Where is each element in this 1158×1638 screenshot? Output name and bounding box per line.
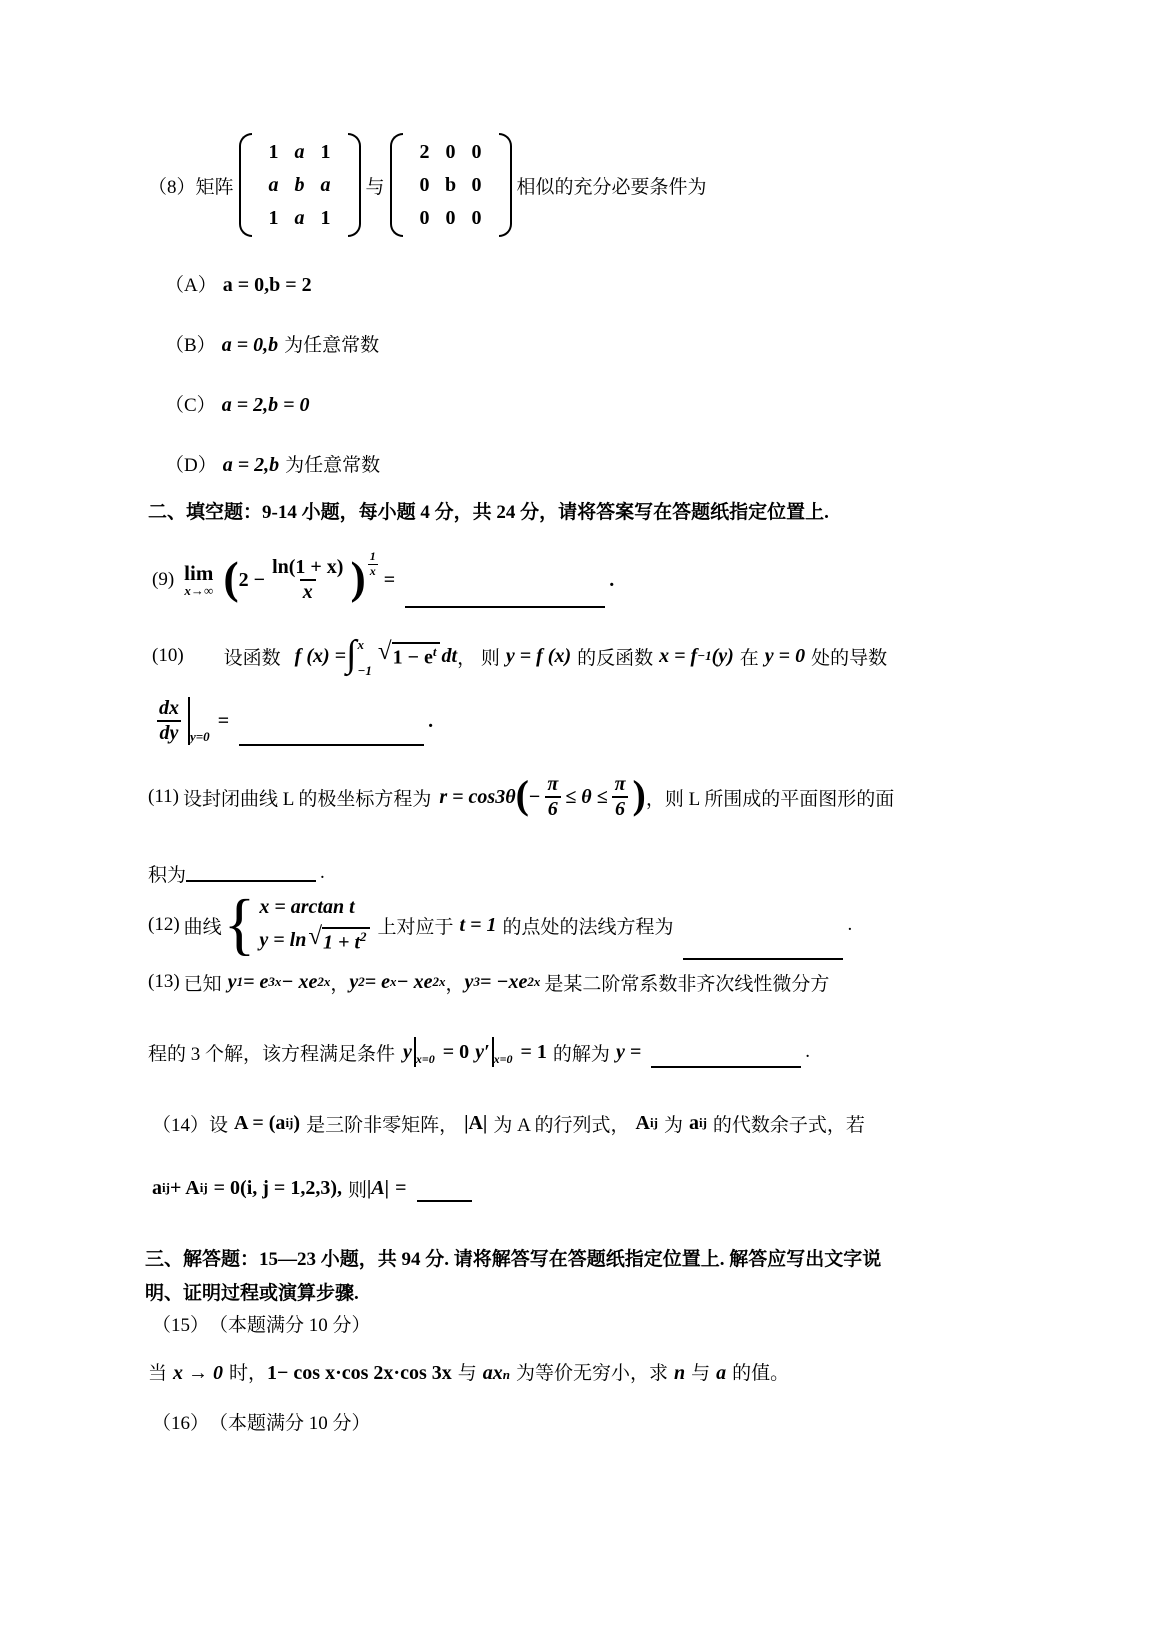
y3-expression: = −xe [480,971,527,994]
q9-fraction-denominator: x [300,579,316,604]
q15-n-symbol: n [674,1362,685,1385]
parametric-y-equation: y = ln √ 1 + t2 [259,927,371,955]
question-11: (11) 设封闭曲线 L 的极坐标方程为 r = cos3θ ( − π 6 ≤… [148,768,894,826]
option-c: （C） a = 2,b = 0 [165,390,315,417]
option-c-label: （C） [165,390,216,417]
q15-a-symbol: a [716,1362,726,1385]
six-denominator: 6 [612,796,628,821]
matrix-cell: 2 [420,142,430,162]
matrix-paren-right [499,133,512,237]
q13-condition-2: y′ [475,1041,490,1064]
matrix-cell: 0 [472,175,482,195]
q14-mid3: 为 [664,1110,683,1137]
q15-expression: 1− cos x·cos 2x·cos 3x [267,1362,452,1385]
q14-matrix-def: A = (a [234,1112,285,1135]
q10-inverse-argument: (y) [712,645,734,668]
q14-determinant-2: |A| [367,1177,389,1200]
radicand-base: 1 − e [393,647,433,669]
pi-numerator: π [544,773,561,796]
radicand: 1 + t2 [322,927,369,955]
radicand-exponent: 2 [360,929,367,944]
question-11-lead: 设封闭曲线 L 的极坐标方程为 [183,784,431,811]
question-13-tail: 是某二阶常系数非齐次线性微分方 [544,969,829,996]
q14-determinant: |A| [464,1112,487,1135]
question-13-answer-line: 程的 3 个解，该方程满足条件 y x=0 = 0 y′ x=0 = 1 的解为… [148,1032,810,1072]
q10-mid1: ， 则 [457,643,500,670]
matrix-2: 2 0 0 0 b 0 0 0 0 [390,133,512,237]
q15-text-5: 与 [691,1358,710,1385]
q9-exponent-numerator: 1 [370,550,376,563]
q15-limit: x → 0 [173,1362,223,1385]
q14-mid2: 为 A 的行列式， [493,1110,629,1137]
question-10: (10) 设函数 f (x) = ∫ x −1 √ 1 − et dt ， 则 … [152,630,893,682]
option-b-text: 为任意常数 [284,330,379,357]
answer-blank [405,604,605,608]
question-12-lead: 曲线 [184,912,222,939]
matrix-cell: 0 [446,208,456,228]
question-10-answer-line: dx dy y=0 = . [152,692,433,750]
question-12-mid: 上对应于 [378,912,454,939]
answer-blank [186,878,316,882]
y3-exponent: 2x [527,974,540,990]
radicand-exponent: t [433,644,437,659]
question-14-lead: 设 [209,1110,228,1137]
matrix-2-cells: 2 0 0 0 b 0 0 0 0 [403,133,499,237]
paren-open: ( [223,555,238,601]
question-15-header: （15） （本题满分 10 分） [152,1310,371,1337]
evaluation-bar: y=0 [188,697,210,745]
y1-second-exponent: 2x [317,974,330,990]
evaluation-subscript: x=0 [494,1052,513,1067]
question-8-lead: 矩阵 [196,172,234,199]
question-8: （8） 矩阵 1 a 1 a b a 1 a 1 与 2 0 0 [148,133,707,237]
matrix-cell: 1 [269,208,279,228]
q14-entry-symbol: a [689,1112,699,1135]
option-c-math: a = 2,b = 0 [222,394,310,417]
option-a-math: a = 0,b = 2 [223,274,312,297]
option-b-math: a = 0,b [222,334,278,357]
pi-over-6-right: π 6 [612,773,629,821]
evaluation-bar: x=0 [492,1037,513,1067]
q9-two-minus: 2 − [239,569,265,592]
equals-sign: = [384,569,395,592]
q9-fraction-numerator: ln(1 + x) [269,556,346,579]
q14-matrix-close: ) [293,1112,300,1135]
matrix-cell: a [295,208,305,228]
section-3-title-line1: 三、解答题：15—23 小题，共 94 分. 请将解答写在答题纸指定位置上. 解… [145,1243,881,1277]
question-10-lead: 设函数 [224,643,281,670]
question-16-score: （本题满分 10 分） [209,1408,371,1435]
answer-blank [651,1064,801,1068]
question-16-number: （16） [152,1408,209,1435]
question-14-answer-line: aij + Aij = 0(i, j = 1,2,3), 则 |A| = [152,1170,476,1206]
y2-second-term: − xe [397,971,433,994]
answer-blank [417,1198,472,1202]
question-15-score: （本题满分 10 分） [209,1310,371,1337]
y2-second-exponent: 2x [433,974,446,990]
question-11-tail: ，则 L 所围成的平面图形的面 [646,784,894,811]
question-14-number: （14） [152,1110,209,1137]
integral-sign: ∫ [346,635,356,673]
evaluation-bar: x=0 [414,1037,435,1067]
option-d-math: a = 2,b [223,454,279,477]
question-13-lead: 已知 [184,969,222,996]
q15-text-2: 时， [229,1358,267,1385]
y1-expression: = e [243,971,268,994]
integral-limits: x −1 [357,637,371,679]
question-10-number: (10) [152,645,184,667]
limit-word: lim [184,563,213,584]
q13-solution-symbol: y = [616,1041,641,1064]
option-d-label: （D） [165,450,217,477]
matrix-cell: 0 [472,208,482,228]
period: . [320,862,325,884]
q15-text-4: 为等价无穷小，求 [516,1358,668,1385]
answer-blank [239,742,424,746]
q14-entry-subscript: ij [699,1115,707,1131]
section-2-header: 二、填空题：9-14 小题，每小题 4 分，共 24 分，请将答案写在答题纸指定… [148,497,829,524]
matrix-cell: 0 [420,208,430,228]
dy-denominator: dy [157,720,182,745]
matrix-1-cells: 1 a 1 a b a 1 a 1 [252,133,348,237]
answer-blank [683,956,843,960]
q10-mid3: 在 [740,643,759,670]
matrix-cell: 1 [269,142,279,162]
question-15-number: （15） [152,1310,209,1337]
matrix-paren-left [239,133,252,237]
question-8-number: （8） [148,172,196,199]
matrix-cell: 0 [472,142,482,162]
radical-sign: √ [378,639,392,664]
q14-equation-plus: + A [170,1177,200,1200]
section-3-title-line2: 明、证明过程或演算步骤. [145,1277,881,1311]
minus-sign: − [529,786,540,809]
q15-ax-exponent: n [503,1367,510,1383]
integral-upper-limit: x [357,637,371,653]
q10-mid2: 的反函数 [577,643,653,670]
exam-page: （8） 矩阵 1 a 1 a b a 1 a 1 与 2 0 0 [0,0,1158,1638]
evaluation-subscript: x=0 [416,1052,435,1067]
option-a: （A） a = 0,b = 2 [165,270,318,297]
question-8-tail: 相似的充分必要条件为 [517,172,707,199]
question-8-conjunction: 与 [366,172,385,199]
radicand-base: 1 + t [323,931,360,953]
q10-y-zero: y = 0 [765,645,805,668]
q15-text-3: 与 [458,1358,477,1385]
question-11-answer-line: 积为 . [148,860,325,886]
question-11-number: (11) [148,786,179,808]
q14-equation-rhs: = 0(i, j = 1,2,3), [214,1177,342,1200]
q12-t-equals-1: t = 1 [460,914,497,937]
q10-inverse: x = f [659,645,697,668]
matrix-cell: 1 [321,142,331,162]
y2-expression: = e [365,971,390,994]
period: . [847,914,852,936]
matrix-cell: 0 [446,142,456,162]
q10-tail: 处的导数 [811,643,887,670]
option-a-label: （A） [165,270,217,297]
q13-line2-lead: 程的 3 个解，该方程满足条件 [148,1039,395,1066]
q11-polar-equation: r = cos3θ [439,786,515,809]
question-13-number: (13) [148,971,180,993]
pi-over-6-left: π 6 [544,773,561,821]
limit-subscript: x→∞ [184,584,213,597]
q14-cofactor-subscript: ij [650,1115,658,1131]
y1-symbol: y [228,971,237,994]
y1-exponent: 3x [268,974,281,990]
y1-second-term: − xe [281,971,317,994]
comma: ， [330,969,349,996]
square-root: √ 1 − et [378,642,440,670]
question-12-tail: 的点处的法线方程为 [502,912,673,939]
q13-line2-mid: 的解为 [553,1039,610,1066]
q14-equation-a: a [152,1177,162,1200]
matrix-cell: a [321,175,331,195]
q11-area-label: 积为 [148,860,186,887]
q14-then: 则 [348,1175,367,1202]
q10-inverse-exponent: −1 [697,648,711,664]
q13-condition-2-value: = 1 [521,1041,547,1064]
matrix-cell: a [295,142,305,162]
parametric-system: x = arctan t y = ln √ 1 + t2 [259,896,371,955]
question-12-number: (12) [148,914,180,936]
option-b-label: （B） [165,330,216,357]
question-13: (13) 已知 y1 = e3x − xe2x ， y2 = ex − xe2x… [148,962,829,1002]
q9-exponent-denominator: x [368,564,378,578]
equals-sign: = [218,710,229,733]
system-brace: { [224,894,256,956]
question-12: (12) 曲线 { x = arctan t y = ln √ 1 + t2 上… [148,886,852,964]
matrix-paren-right [348,133,361,237]
option-d: （D） a = 2,b 为任意常数 [165,450,380,477]
q13-condition-1-value: = 0 [443,1041,469,1064]
q15-text-6: 的值。 [732,1358,789,1385]
differential-dt: dt [442,645,458,668]
radical-sign: √ [308,924,322,949]
period: . [805,1041,810,1063]
square-root: √ 1 + t2 [308,927,369,955]
paren-open: ( [516,775,529,815]
evaluation-subscript: y=0 [190,729,210,745]
paren-close: ) [633,775,646,815]
matrix-cell: 1 [321,208,331,228]
question-14: （14） 设 A = (aij) 是三阶非零矩阵， |A| 为 A 的行列式， … [152,1105,871,1141]
section-2-title: 二、填空题：9-14 小题，每小题 4 分，共 24 分，请将答案写在答题纸指定… [148,502,829,523]
matrix-cell: 0 [420,175,430,195]
matrix-cell: b [445,175,456,195]
dx-numerator: dx [156,697,182,720]
integral-lower-limit: −1 [357,663,371,679]
q14-cofactor-symbol: A [636,1112,650,1135]
q14-equation-plus-subscript: ij [200,1180,208,1196]
period: . [609,569,614,592]
limit-operator: lim x→∞ [184,563,213,597]
q14-equation-a-subscript: ij [162,1180,170,1196]
option-d-text: 为任意常数 [285,450,380,477]
matrix-cell: b [295,175,305,195]
question-15-body: 当 x → 0 时， 1− cos x·cos 2x·cos 3x 与 axn … [148,1358,795,1385]
period: . [428,710,433,733]
q14-mid4: 的代数余子式，若 [713,1110,865,1137]
six-denominator: 6 [545,796,561,821]
matrix-cell: a [269,175,279,195]
q10-function: f (x) = [295,645,346,668]
question-16-header: （16） （本题满分 10 分） [152,1408,371,1435]
comma: ， [446,969,465,996]
paren-close: ) [350,555,365,601]
q10-y-equals-fx: y = f (x) [506,645,571,668]
q9-fraction: ln(1 + x) x [269,556,346,604]
y-equals-ln: y = ln [259,929,306,952]
q13-condition-1: y [403,1041,412,1064]
pi-numerator: π [612,773,629,796]
q14-matrix-subscript: ij [285,1115,293,1131]
q15-text-1: 当 [148,1358,167,1385]
dx-dy-fraction: dx dy [156,697,182,745]
question-9-number: (9) [152,569,174,591]
question-9: (9) lim x→∞ ( 2 − ln(1 + x) x ) 1 x = . [152,548,614,612]
q14-mid1: 是三阶非零矩阵， [306,1110,458,1137]
theta-inequality: ≤ θ ≤ [565,786,607,809]
section-3-header: 三、解答题：15—23 小题，共 94 分. 请将解答写在答题纸指定位置上. 解… [145,1243,881,1311]
matrix-paren-left [390,133,403,237]
equals-sign: = [395,1177,406,1200]
radicand: 1 − et [392,642,440,670]
q9-exponent-fraction: 1 x [368,550,378,577]
parametric-x-equation: x = arctan t [259,896,371,919]
q15-ax-term: ax [483,1362,503,1385]
option-b: （B） a = 0,b 为任意常数 [165,330,379,357]
y2-symbol: y [349,971,358,994]
matrix-1: 1 a 1 a b a 1 a 1 [239,133,361,237]
